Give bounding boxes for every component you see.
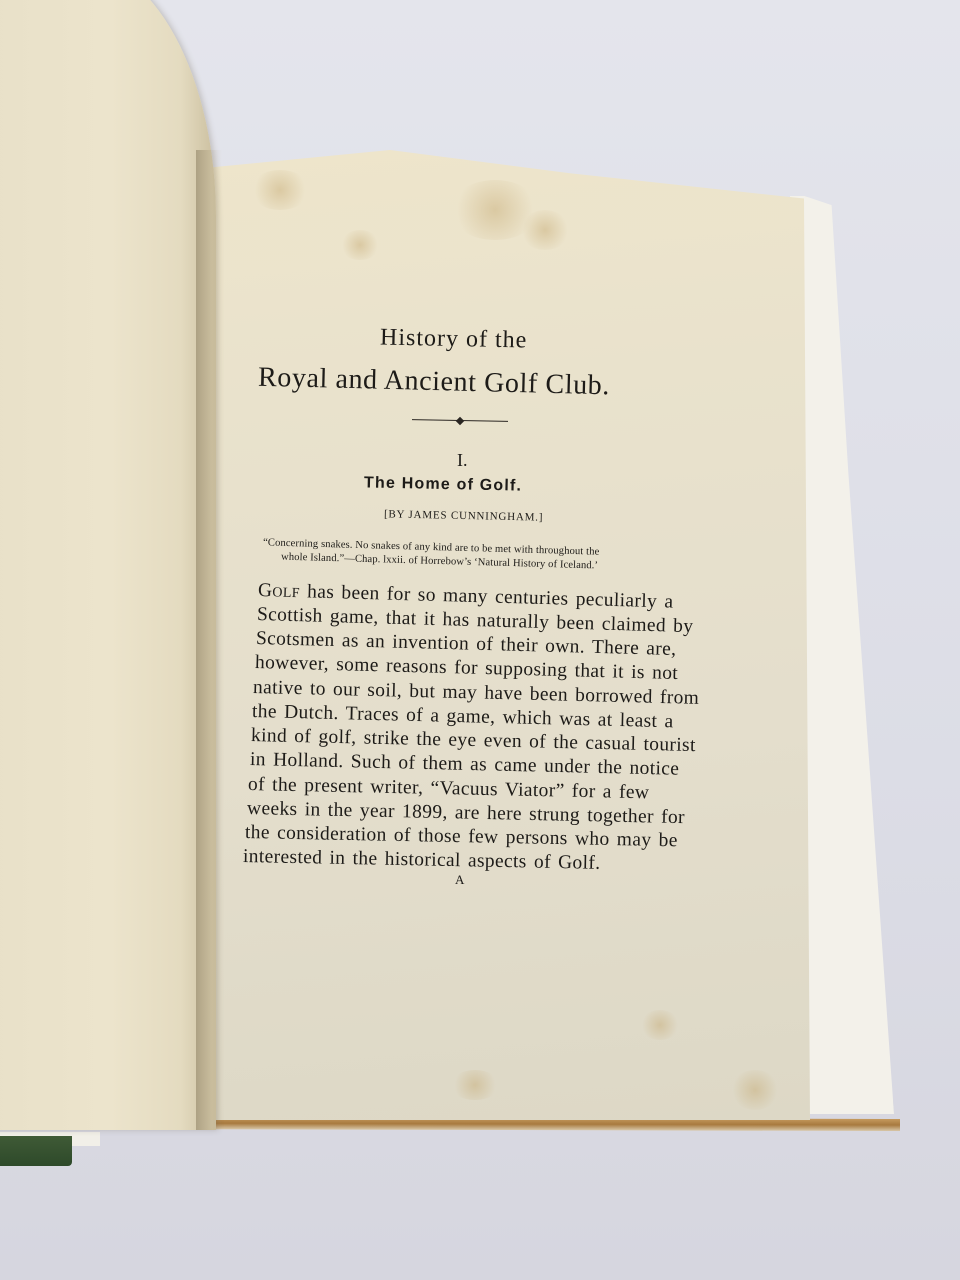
foxing-stain (340, 230, 380, 260)
gutter-shadow (196, 150, 222, 1130)
foxing-stain (730, 1070, 780, 1110)
foxing-stain (640, 1010, 680, 1040)
foxing-stain (250, 170, 310, 210)
open-book: History of the Royal and Ancient Golf Cl… (0, 0, 960, 1280)
chapter-number: I. (457, 450, 468, 471)
lead-word: Golf (258, 580, 301, 602)
left-page-curled (0, 0, 216, 1130)
chapter-title: The Home of Golf. (364, 474, 523, 495)
book-title-line-1: History of the (380, 324, 528, 354)
foxing-stain (450, 1070, 500, 1100)
green-cloth-cover (0, 1136, 72, 1166)
signature-mark: A (455, 872, 464, 888)
foxing-stain (520, 210, 570, 250)
